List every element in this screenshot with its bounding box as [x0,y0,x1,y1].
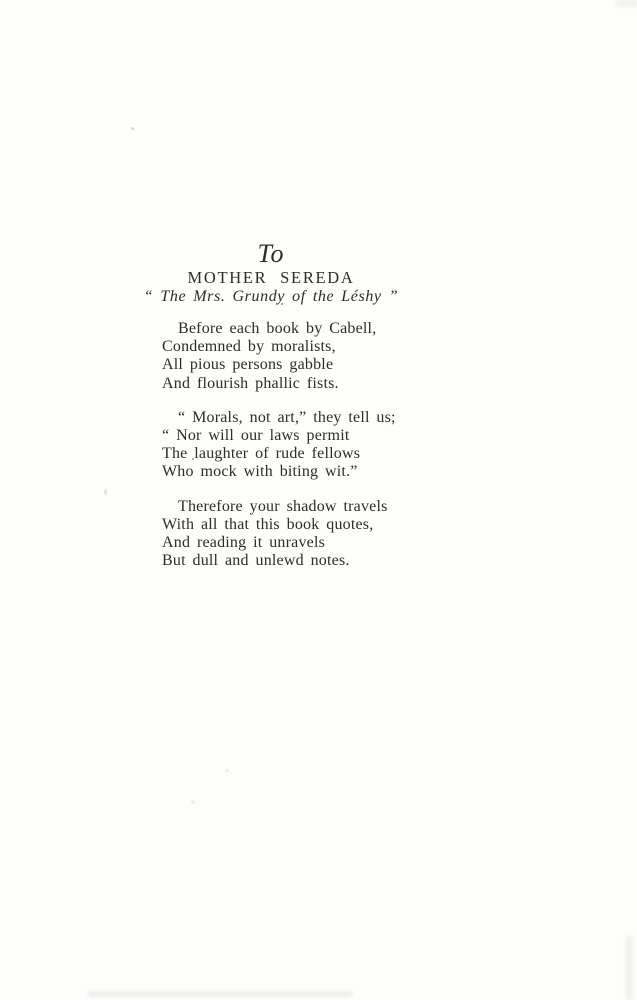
poem-line: Therefore your shadow travels [162,498,396,516]
book-page: To MOTHER SEREDA “ The Mrs. Grundy of th… [0,0,637,1000]
scan-smudge [88,991,353,997]
scan-speck [191,800,195,804]
poem-line: And flourish phallic fists. [162,375,396,393]
scan-smudge [616,0,637,7]
scan-speck [225,769,229,772]
dedication-poem: Before each book by Cabell, Condemned by… [162,320,396,586]
dedicatee-name: MOTHER SEREDA [104,268,438,287]
poem-line: The laughter of rude fellows [162,445,396,463]
dedication-header: To MOTHER SEREDA “ The Mrs. Grundy of th… [104,240,438,306]
poem-line: With all that this book quotes, [162,516,396,534]
scan-speck [131,127,134,130]
stanza-3: Therefore your shadow travels With all t… [162,498,396,571]
stanza-1: Before each book by Cabell, Condemned by… [162,320,396,393]
poem-line: “ Nor will our laws permit [162,427,396,445]
scan-edge-shadow [626,936,633,1000]
poem-line: But dull and unlewd notes. [162,552,396,570]
ink-speck [192,458,194,460]
ink-speck [281,303,283,305]
dedication-word: To [104,240,438,268]
stanza-2: “ Morals, not art,” they tell us; “ Nor … [162,409,396,482]
dedicatee-epithet: “ The Mrs. Grundy of the Léshy ” [104,287,438,306]
scan-speck [104,489,107,495]
poem-line: Before each book by Cabell, [162,320,396,338]
poem-line: Who mock with biting wit.” [162,463,396,481]
poem-line: Condemned by moralists, [162,338,396,356]
poem-line: All pious persons gabble [162,356,396,374]
poem-line: “ Morals, not art,” they tell us; [162,409,396,427]
poem-line: And reading it unravels [162,534,396,552]
